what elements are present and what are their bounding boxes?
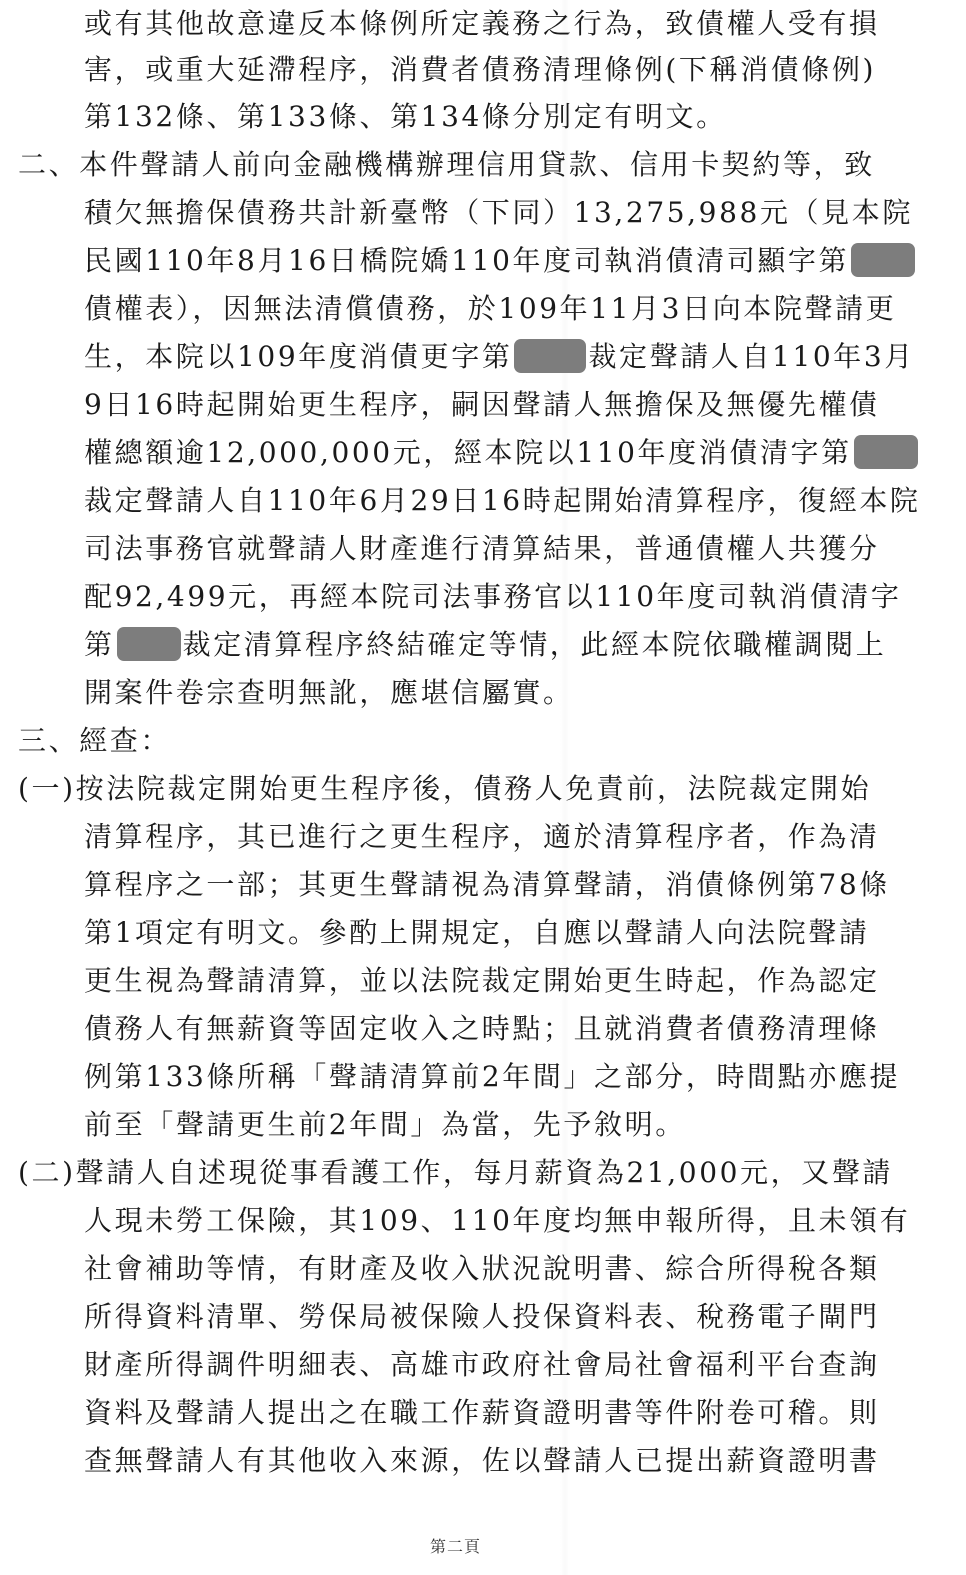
text-line: 算程序之一部；其更生聲請視為清算聲請，消債條例第78條: [84, 861, 950, 909]
redaction-box: [854, 435, 918, 469]
text-line: 更生視為聲請清算，並以法院裁定開始更生時起，作為認定: [84, 957, 950, 1005]
line-text: 資料及聲請人提出之在職工作薪資證明書等件附卷可稽。則: [84, 1396, 880, 1429]
text-line: 清算程序，其已進行之更生程序，適於清算程序者，作為清: [84, 813, 950, 861]
line-text: 算程序之一部；其更生聲請視為清算聲請，消債條例第78條: [84, 868, 890, 901]
page-number: 第二頁: [430, 1537, 481, 1557]
line-text: 9日16時起開始更生程序，嗣因聲請人無擔保及無優先權債: [84, 388, 880, 421]
redaction-box: [514, 339, 586, 373]
text-line: 生，本院以109年度消債更字第裁定聲請人自110年3月: [84, 333, 950, 381]
line-text: 聲請人自述現從事看護工作，每月薪資為21,000元，又聲請: [76, 1156, 893, 1189]
subsection-marker: (二): [18, 1149, 76, 1197]
line-text: 害，或重大延滯程序，消費者債務清理條例(下稱消債條例): [84, 53, 876, 86]
text-line: 積欠無擔保債務共計新臺幣（下同）13,275,988元（見本院: [84, 189, 950, 237]
text-line: 資料及聲請人提出之在職工作薪資證明書等件附卷可稽。則: [84, 1389, 950, 1437]
line-text: 查無聲請人有其他收入來源，佐以聲請人已提出薪資證明書: [84, 1444, 880, 1477]
text-line: 查無聲請人有其他收入來源，佐以聲請人已提出薪資證明書: [84, 1437, 950, 1485]
text-line: 社會補助等情，有財產及收入狀況說明書、綜合所得稅各類: [84, 1245, 950, 1293]
text-line: 裁定聲請人自110年6月29日16時起開始清算程序，復經本院: [84, 477, 950, 525]
text-line: 債務人有無薪資等固定收入之時點；且就消費者債務清理條: [84, 1005, 950, 1053]
text-line: 害，或重大延滯程序，消費者債務清理條例(下稱消債條例): [84, 46, 950, 94]
line-text: 司法事務官就聲請人財產進行清算結果，普通債權人共獲分: [84, 532, 880, 565]
line-text: 裁定聲請人自110年3月: [588, 340, 914, 373]
line-text: 清算程序，其已進行之更生程序，適於清算程序者，作為清: [84, 820, 880, 853]
line-text: 債權表），因無法清償債務，於109年11月3日向本院聲請更: [84, 292, 896, 325]
text-line: 開案件卷宗查明無訛，應堪信屬實。: [84, 669, 950, 717]
line-text: 例第133條所稱「聲請清算前2年間」之部分，時間點亦應提: [84, 1060, 900, 1093]
line-text: 本件聲請人前向金融機構辦理信用貸款、信用卡契約等，致: [79, 148, 875, 181]
line-text: 裁定清算程序終結確定等情，此經本院依職權調閱上: [183, 628, 887, 661]
subsection-heading-1: (一)按法院裁定開始更生程序後，債務人免責前，法院裁定開始: [18, 765, 884, 813]
text-line: 人現未勞工保險，其109、110年度均無申報所得，且未領有: [84, 1197, 950, 1245]
line-text: 按法院裁定開始更生程序後，債務人免責前，法院裁定開始: [76, 772, 872, 805]
section-heading-2: 二、本件聲請人前向金融機構辦理信用貸款、信用卡契約等，致: [18, 141, 884, 189]
line-text: 民國110年8月16日橋院嬌110年度司執消債清司顯字第: [84, 244, 849, 277]
text-line: 9日16時起開始更生程序，嗣因聲請人無擔保及無優先權債: [84, 381, 950, 429]
line-text: 開案件卷宗查明無訛，應堪信屬實。: [84, 676, 574, 709]
line-text: 財產所得調件明細表、高雄市政府社會局社會福利平台查詢: [84, 1348, 880, 1381]
line-text: 所得資料清單、勞保局被保險人投保資料表、稅務電子閘門: [84, 1300, 880, 1333]
text-line: 所得資料清單、勞保局被保險人投保資料表、稅務電子閘門: [84, 1293, 950, 1341]
line-text: 更生視為聲請清算，並以法院裁定開始更生時起，作為認定: [84, 964, 880, 997]
text-line: 配92,499元，再經本院司法事務官以110年度司執消債清字: [84, 573, 950, 621]
line-text: 第132條、第133條、第134條分別定有明文。: [84, 100, 727, 133]
line-text: 生，本院以109年度消債更字第: [84, 340, 512, 373]
text-line: 第1項定有明文。參酌上開規定，自應以聲請人向法院聲請: [84, 909, 950, 957]
text-line: 權總額逾12,000,000元，經本院以110年度消債清字第: [84, 429, 950, 477]
text-line: 第裁定清算程序終結確定等情，此經本院依職權調閱上: [84, 621, 950, 669]
text-line: 財產所得調件明細表、高雄市政府社會局社會福利平台查詢: [84, 1341, 950, 1389]
text-line: 或有其他故意違反本條例所定義務之行為，致債權人受有損: [84, 0, 950, 48]
section-marker: 三、: [18, 717, 79, 765]
line-text: 人現未勞工保險，其109、110年度均無申報所得，且未領有: [84, 1204, 910, 1237]
section-marker: 二、: [18, 141, 79, 189]
line-text: 第: [84, 628, 115, 661]
text-line: 第132條、第133條、第134條分別定有明文。: [84, 93, 950, 141]
text-line: 前至「聲請更生前2年間」為當，先予敘明。: [84, 1101, 950, 1149]
line-text: 債務人有無薪資等固定收入之時點；且就消費者債務清理條: [84, 1012, 880, 1045]
section-heading-3: 三、經查：: [18, 717, 884, 765]
redaction-box: [117, 627, 181, 661]
line-text: 裁定聲請人自110年6月29日16時起開始清算程序，復經本院: [84, 484, 921, 517]
subsection-marker: (一): [18, 765, 76, 813]
line-text: 配92,499元，再經本院司法事務官以110年度司執消債清字: [84, 580, 901, 613]
text-line: 例第133條所稱「聲請清算前2年間」之部分，時間點亦應提: [84, 1053, 950, 1101]
document-page: 或有其他故意違反本條例所定義務之行為，致債權人受有損 害，或重大延滯程序，消費者…: [0, 0, 966, 1575]
line-text: 經查：: [79, 724, 171, 757]
line-text: 社會補助等情，有財產及收入狀況說明書、綜合所得稅各類: [84, 1252, 880, 1285]
line-text: 前至「聲請更生前2年間」為當，先予敘明。: [84, 1108, 686, 1141]
subsection-heading-2: (二)聲請人自述現從事看護工作，每月薪資為21,000元，又聲請: [18, 1149, 884, 1197]
text-line: 民國110年8月16日橋院嬌110年度司執消債清司顯字第: [84, 237, 950, 285]
line-text: 積欠無擔保債務共計新臺幣（下同）13,275,988元（見本院: [84, 196, 913, 229]
line-text: 或有其他故意違反本條例所定義務之行為，致債權人受有損: [84, 7, 880, 40]
text-line: 司法事務官就聲請人財產進行清算結果，普通債權人共獲分: [84, 525, 950, 573]
text-line: 債權表），因無法清償債務，於109年11月3日向本院聲請更: [84, 285, 950, 333]
line-text: 第1項定有明文。參酌上開規定，自應以聲請人向法院聲請: [84, 916, 869, 949]
line-text: 權總額逾12,000,000元，經本院以110年度消債清字第: [84, 436, 852, 469]
redaction-box: [851, 243, 915, 277]
